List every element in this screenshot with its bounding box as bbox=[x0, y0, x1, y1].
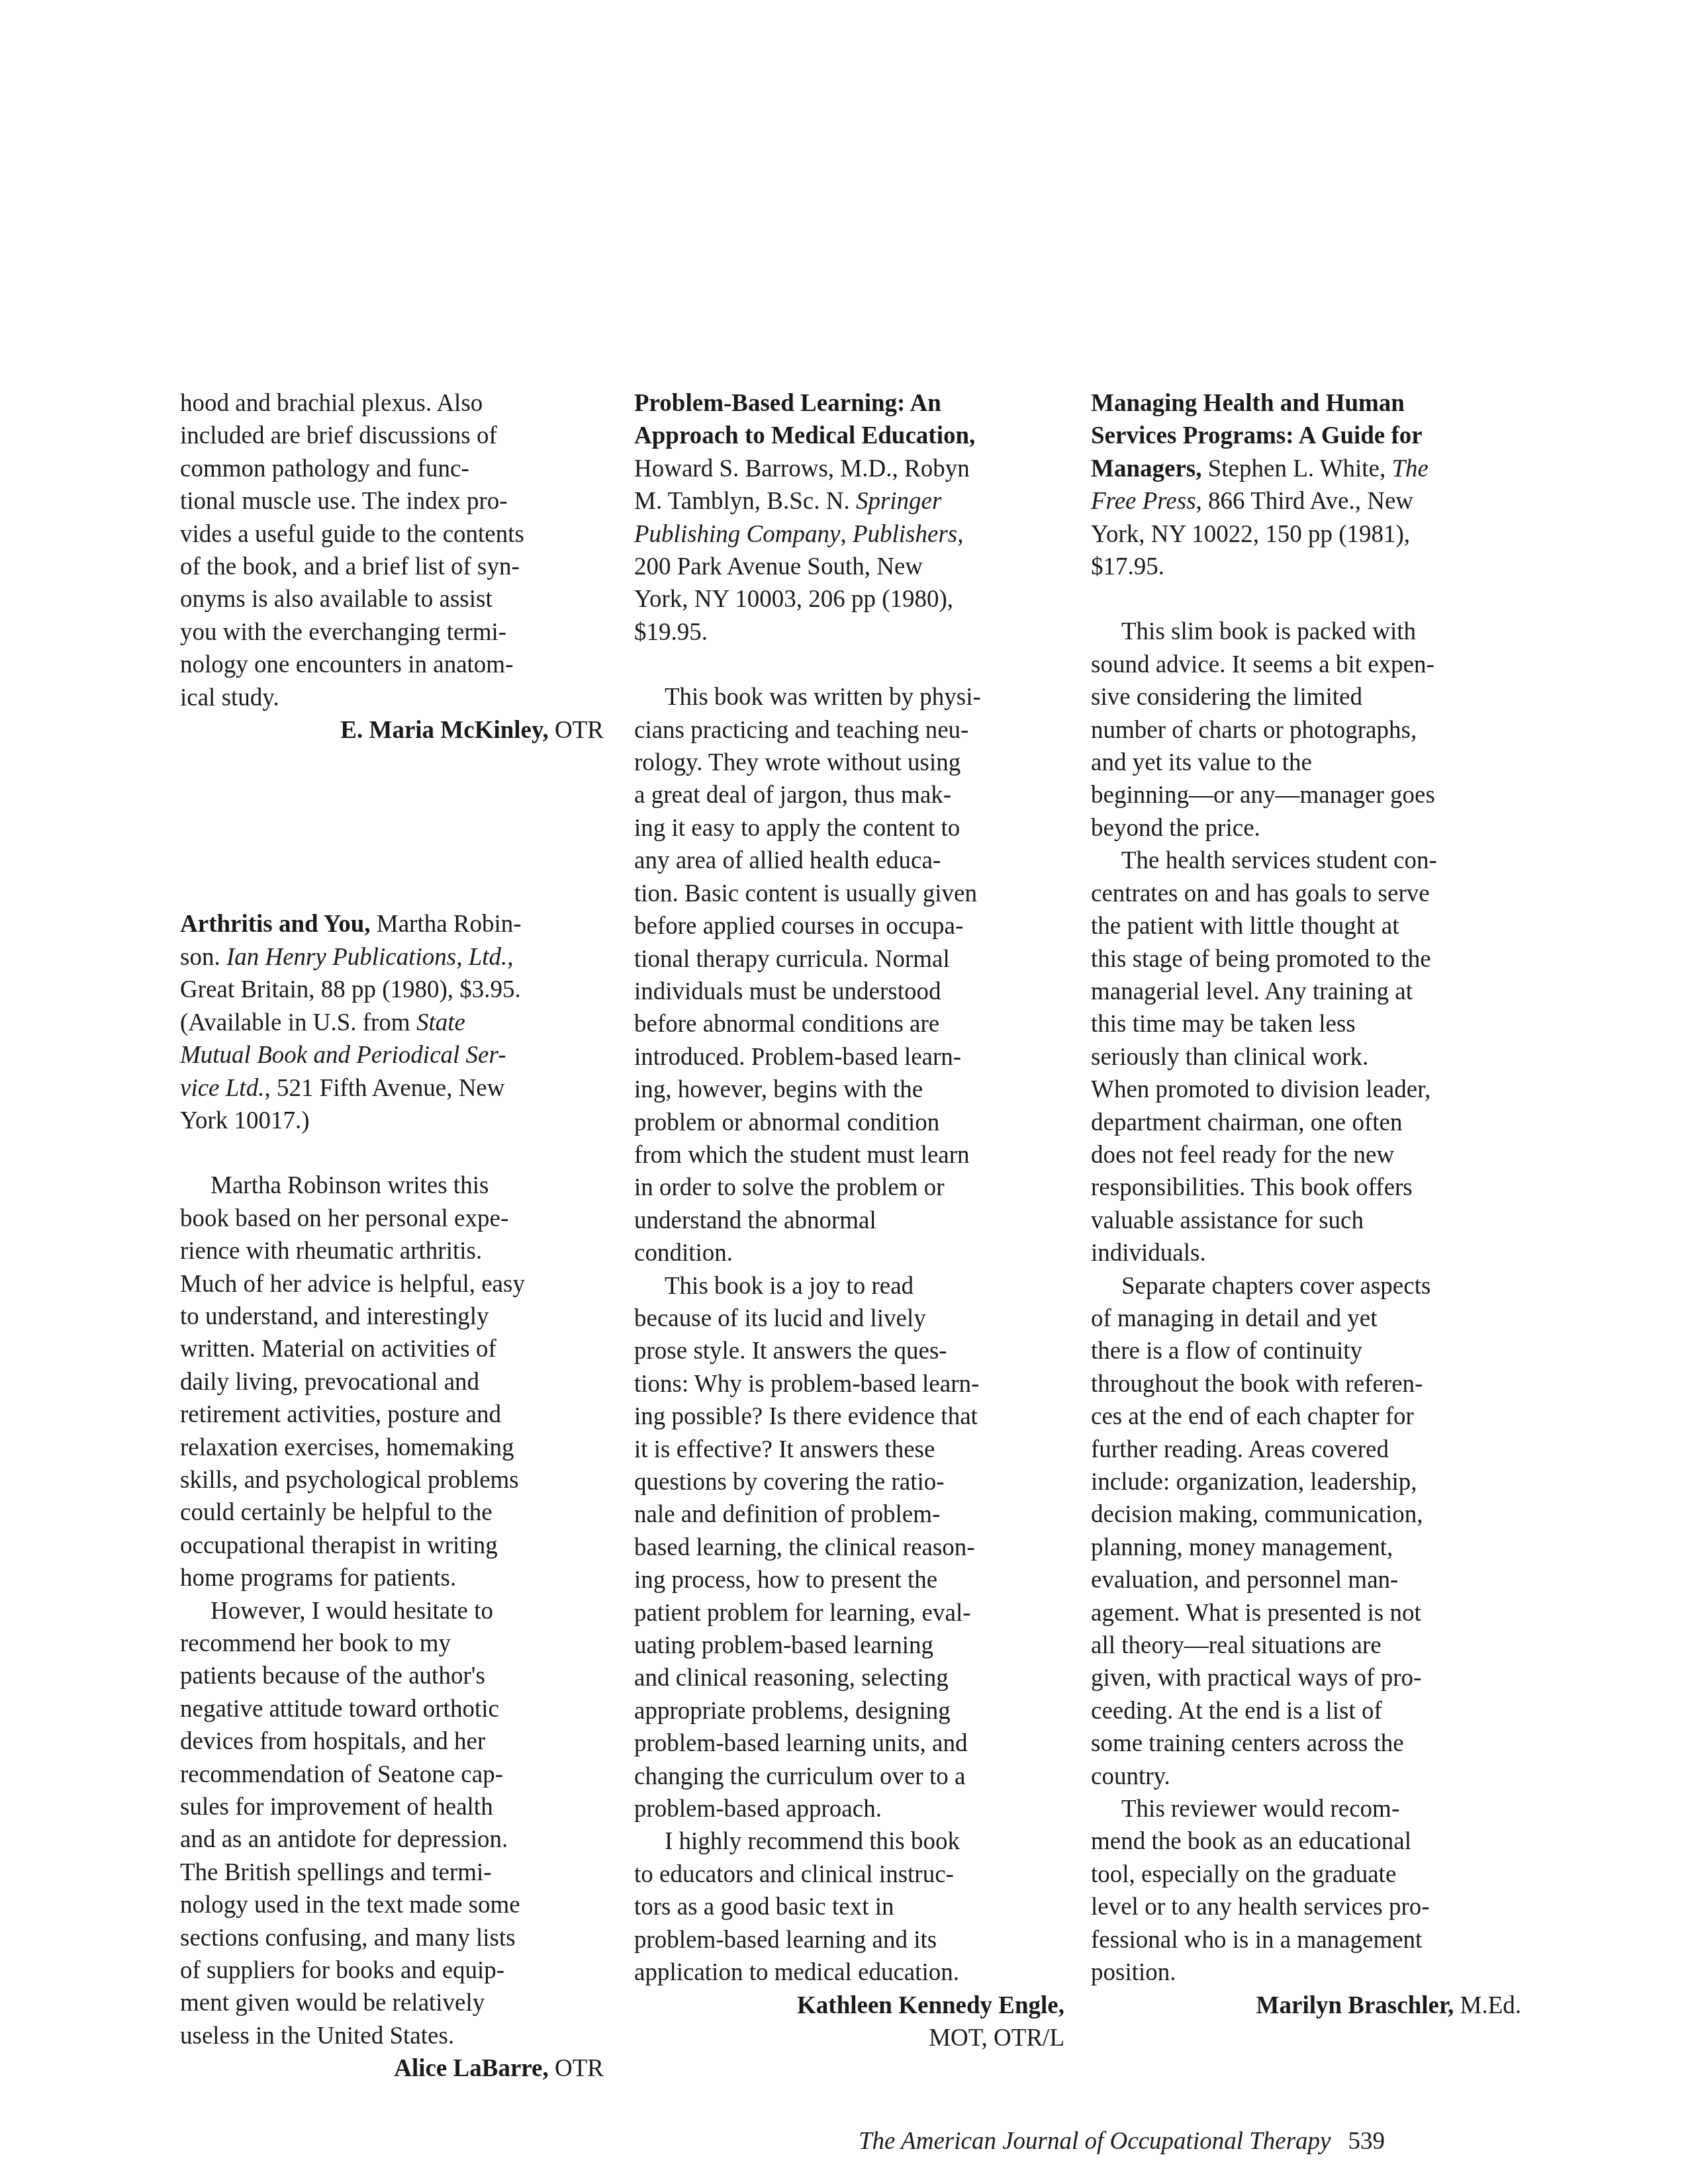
text-line: include: organization, leadership, bbox=[1091, 1466, 1521, 1498]
text-line: sound advice. It seems a bit expen- bbox=[1091, 649, 1521, 681]
text-line: tool, especially on the graduate bbox=[1091, 1858, 1521, 1891]
text-line: patient problem for learning, eval- bbox=[634, 1597, 1064, 1629]
publisher-name: Publishers bbox=[853, 521, 957, 548]
text-line: of suppliers for books and equip- bbox=[180, 1954, 604, 1987]
text-line: introduced. Problem-based learn- bbox=[634, 1041, 1064, 1073]
citation-text: M. Tamblyn, B.Sc. N. bbox=[634, 488, 856, 515]
citation-text: York, NY 10022, 150 pp (1981), bbox=[1091, 518, 1521, 551]
text-line: ical study. bbox=[180, 682, 604, 714]
text-line: When promoted to division leader, bbox=[1091, 1073, 1521, 1106]
publisher-name: Free Press bbox=[1091, 488, 1196, 515]
text-line: questions by covering the ratio- bbox=[634, 1466, 1064, 1498]
book-title: Arthritis and You, bbox=[180, 911, 370, 938]
citation-text: Martha Robin- bbox=[370, 911, 521, 938]
text-line: understand the abnormal bbox=[634, 1205, 1064, 1237]
text-line: tions: Why is problem-based learn- bbox=[634, 1368, 1064, 1400]
text-line: ing process, how to present the bbox=[634, 1564, 1064, 1596]
citation-text: York 10017.) bbox=[180, 1105, 604, 1137]
citation-text: (Available in U.S. from bbox=[180, 1009, 416, 1036]
text-line: level or to any health services pro- bbox=[1091, 1891, 1521, 1923]
citation-text: , 866 Third Ave., New bbox=[1196, 488, 1414, 515]
text-line: relaxation exercises, homemaking bbox=[180, 1432, 604, 1464]
reviewer-signature: E. Maria McKinley, OTR bbox=[180, 714, 604, 747]
text-line: book based on her personal expe- bbox=[180, 1203, 604, 1235]
text-line: fessional who is in a management bbox=[1091, 1924, 1521, 1956]
text-line: all theory—real situations are bbox=[1091, 1629, 1521, 1662]
text-line: prose style. It answers the ques- bbox=[634, 1335, 1064, 1367]
text-line: this time may be taken less bbox=[1091, 1008, 1521, 1040]
reviewer-credentials: OTR bbox=[549, 717, 604, 744]
text-line: ing it easy to apply the content to bbox=[634, 812, 1064, 844]
distributor-name: vice Ltd. bbox=[180, 1075, 264, 1102]
text-line: This book is a joy to read bbox=[634, 1270, 1064, 1302]
text-line: beyond the price. bbox=[1091, 812, 1521, 844]
reviewer-signature: Marilyn Braschler, M.Ed. bbox=[1091, 1989, 1521, 2022]
text-line: This reviewer would recom- bbox=[1091, 1793, 1521, 1825]
text-line: Martha Robinson writes this bbox=[180, 1169, 604, 1202]
text-line: because of its lucid and lively bbox=[634, 1302, 1064, 1335]
text-line: nale and definition of problem- bbox=[634, 1498, 1064, 1531]
text-line: to understand, and interestingly bbox=[180, 1300, 604, 1333]
text-line: seriously than clinical work. bbox=[1091, 1041, 1521, 1073]
text-line: problem or abnormal condition bbox=[634, 1107, 1064, 1139]
text-line: rology. They wrote without using bbox=[634, 747, 1064, 779]
text-line: ing, however, begins with the bbox=[634, 1073, 1064, 1106]
text-line: individuals. bbox=[1091, 1237, 1521, 1269]
text-line: appropriate problems, designing bbox=[634, 1695, 1064, 1727]
text-line: ing possible? Is there evidence that bbox=[634, 1400, 1064, 1433]
continued-review-text: hood and brachial plexus. Also included … bbox=[180, 387, 604, 714]
citation-text: , bbox=[840, 521, 853, 548]
publisher-name: Springer bbox=[856, 488, 942, 515]
text-line: recommend her book to my bbox=[180, 1627, 604, 1660]
text-line: ment given would be relatively bbox=[180, 1987, 604, 2019]
citation-text: Great Britain, 88 pp (1980), $3.95. bbox=[180, 974, 604, 1006]
distributor-name: Mutual Book and Periodical Ser- bbox=[180, 1039, 604, 1071]
text-line: problem-based learning units, and bbox=[634, 1727, 1064, 1760]
text-line: given, with practical ways of pro- bbox=[1091, 1662, 1521, 1694]
text-line: could certainly be helpful to the bbox=[180, 1496, 604, 1529]
text-line: there is a flow of continuity bbox=[1091, 1335, 1521, 1367]
text-line: does not feel ready for the new bbox=[1091, 1139, 1521, 1171]
text-line: daily living, prevocational and bbox=[180, 1366, 604, 1398]
text-line: ces at the end of each chapter for bbox=[1091, 1400, 1521, 1433]
text-line: from which the student must learn bbox=[634, 1139, 1064, 1171]
text-line: decision making, communication, bbox=[1091, 1498, 1521, 1531]
text-line: centrates on and has goals to serve bbox=[1091, 878, 1521, 910]
text-line: throughout the book with referen- bbox=[1091, 1368, 1521, 1400]
text-line: it is effective? It answers these bbox=[634, 1433, 1064, 1466]
text-line: evaluation, and personnel man- bbox=[1091, 1564, 1521, 1596]
text-line: This book was written by physi- bbox=[634, 681, 1064, 713]
text-line: further reading. Areas covered bbox=[1091, 1433, 1521, 1466]
review-header-problem-based-learning: Problem-Based Learning: An Approach to M… bbox=[634, 387, 1064, 649]
text-line: common pathology and func- bbox=[180, 453, 604, 485]
text-line: I highly recommend this book bbox=[634, 1825, 1064, 1858]
middle-column: Problem-Based Learning: An Approach to M… bbox=[634, 387, 1064, 2054]
book-title: Managing Health and Human bbox=[1091, 387, 1521, 420]
text-line: tional therapy curricula. Normal bbox=[634, 943, 1064, 976]
text-line: skills, and psychological problems bbox=[180, 1464, 604, 1496]
text-line: this stage of being promoted to the bbox=[1091, 943, 1521, 976]
citation-text: , 521 Fifth Avenue, New bbox=[264, 1075, 504, 1102]
text-line: department chairman, one often bbox=[1091, 1107, 1521, 1139]
citation-text: , bbox=[957, 521, 963, 548]
text-line: based learning, the clinical reason- bbox=[634, 1531, 1064, 1564]
left-column: hood and brachial plexus. Also included … bbox=[180, 387, 604, 2085]
text-line: useless in the United States. bbox=[180, 2020, 604, 2052]
journal-title: The American Journal of Occupational The… bbox=[859, 2128, 1331, 2155]
right-column: Managing Health and Human Services Progr… bbox=[1091, 387, 1521, 2022]
text-line: Much of her advice is helpful, easy bbox=[180, 1268, 604, 1300]
text-line: to educators and clinical instruc- bbox=[634, 1858, 1064, 1891]
text-line: uating problem-based learning bbox=[634, 1629, 1064, 1662]
text-line: application to medical education. bbox=[634, 1956, 1064, 1989]
publisher-name: The bbox=[1392, 455, 1429, 482]
text-line: included are brief discussions of bbox=[180, 420, 604, 452]
review-body: This book was written by physi- cians pr… bbox=[634, 681, 1064, 1989]
text-line: cians practicing and teaching neu- bbox=[634, 714, 1064, 747]
text-line: retirement activities, posture and bbox=[180, 1398, 604, 1431]
text-line: nology one encounters in anatom- bbox=[180, 649, 604, 681]
review-body: This slim book is packed with sound advi… bbox=[1091, 615, 1521, 1989]
text-line: condition. bbox=[634, 1237, 1064, 1269]
reviewer-credentials: MOT, OTR/L bbox=[634, 2022, 1064, 2054]
reviewer-name: Marilyn Braschler, bbox=[1256, 1992, 1454, 2019]
text-line: rience with rheumatic arthritis. bbox=[180, 1235, 604, 1267]
text-line: and yet its value to the bbox=[1091, 747, 1521, 779]
citation-text: York, NY 10003, 206 pp (1980), bbox=[634, 583, 1064, 615]
text-line: patients because of the author's bbox=[180, 1660, 604, 1692]
reviewer-name: E. Maria McKinley, bbox=[340, 717, 548, 744]
page-number: 539 bbox=[1348, 2128, 1385, 2155]
text-line: tional muscle use. The index pro- bbox=[180, 485, 604, 518]
text-line: problem-based learning and its bbox=[634, 1924, 1064, 1956]
text-line: and as an antidote for depression. bbox=[180, 1823, 604, 1856]
text-line: beginning—or any—manager goes bbox=[1091, 779, 1521, 811]
text-line: onyms is also available to assist bbox=[180, 583, 604, 615]
citation-text: Stephen L. White, bbox=[1202, 455, 1392, 482]
text-line: country. bbox=[1091, 1760, 1521, 1793]
text-line: However, I would hesitate to bbox=[180, 1595, 604, 1627]
text-line: any area of allied health educa- bbox=[634, 844, 1064, 877]
text-line: vides a useful guide to the contents bbox=[180, 518, 604, 551]
text-line: number of charts or photographs, bbox=[1091, 714, 1521, 747]
text-line: individuals must be understood bbox=[634, 976, 1064, 1008]
text-line: before applied courses in occupa- bbox=[634, 910, 1064, 942]
text-line: in order to solve the problem or bbox=[634, 1171, 1064, 1204]
text-line: written. Material on activities of bbox=[180, 1333, 604, 1365]
text-line: and clinical reasoning, selecting bbox=[634, 1662, 1064, 1694]
book-title: Problem-Based Learning: An bbox=[634, 387, 1064, 420]
review-header-managing-health: Managing Health and Human Services Progr… bbox=[1091, 387, 1521, 583]
text-line: changing the curriculum over to a bbox=[634, 1760, 1064, 1793]
review-body: Martha Robinson writes this book based o… bbox=[180, 1169, 604, 2052]
text-line: recommendation of Seatone cap- bbox=[180, 1758, 604, 1791]
text-line: sections confusing, and many lists bbox=[180, 1922, 604, 1954]
text-line: valuable assistance for such bbox=[1091, 1205, 1521, 1237]
publisher-name: Publishing Company bbox=[634, 521, 840, 548]
text-line: negative attitude toward orthotic bbox=[180, 1693, 604, 1725]
page-footer: The American Journal of Occupational The… bbox=[859, 2127, 1385, 2156]
reviewer-credentials: OTR bbox=[549, 2055, 604, 2082]
text-line: managerial level. Any training at bbox=[1091, 976, 1521, 1008]
text-line: before abnormal conditions are bbox=[634, 1008, 1064, 1040]
text-line: home programs for patients. bbox=[180, 1562, 604, 1594]
text-line: agement. What is presented is not bbox=[1091, 1597, 1521, 1629]
text-line: you with the everchanging termi- bbox=[180, 616, 604, 649]
distributor-name: State bbox=[416, 1009, 465, 1036]
text-line: responsibilities. This book offers bbox=[1091, 1171, 1521, 1204]
text-line: some training centers across the bbox=[1091, 1727, 1521, 1760]
reviewer-signature: Alice LaBarre, OTR bbox=[180, 2052, 604, 2085]
citation-text: son. bbox=[180, 944, 226, 971]
book-price: $17.95. bbox=[1091, 551, 1521, 583]
text-line: devices from hospitals, and her bbox=[180, 1725, 604, 1758]
text-line: The British spellings and termi- bbox=[180, 1856, 604, 1889]
text-line: occupational therapist in writing bbox=[180, 1529, 604, 1562]
text-line: sive considering the limited bbox=[1091, 681, 1521, 713]
review-header-arthritis: Arthritis and You, Martha Robin- son. Ia… bbox=[180, 908, 604, 1137]
text-line: ceeding. At the end is a list of bbox=[1091, 1695, 1521, 1727]
text-line: problem-based approach. bbox=[634, 1793, 1064, 1825]
reviewer-name: Kathleen Kennedy Engle, bbox=[634, 1989, 1064, 2022]
book-title: Managers, bbox=[1091, 455, 1202, 482]
text-line: Separate chapters cover aspects bbox=[1091, 1270, 1521, 1302]
publisher-name: Ian Henry Publications, Ltd. bbox=[226, 944, 507, 971]
text-line: The health services student con- bbox=[1091, 844, 1521, 877]
book-title: Services Programs: A Guide for bbox=[1091, 420, 1521, 452]
text-line: mend the book as an educational bbox=[1091, 1825, 1521, 1858]
citation-text: , bbox=[507, 944, 513, 971]
text-line: of the book, and a brief list of syn- bbox=[180, 551, 604, 583]
text-line: position. bbox=[1091, 1956, 1521, 1989]
book-price: $19.95. bbox=[634, 616, 1064, 649]
text-line: tion. Basic content is usually given bbox=[634, 878, 1064, 910]
citation-text: 200 Park Avenue South, New bbox=[634, 551, 1064, 583]
citation-text: Howard S. Barrows, M.D., Robyn bbox=[634, 453, 1064, 485]
reviewer-credentials: M.Ed. bbox=[1454, 1992, 1521, 2019]
text-line: nology used in the text made some bbox=[180, 1889, 604, 1921]
text-line: planning, money management, bbox=[1091, 1531, 1521, 1564]
text-line: sules for improvement of health bbox=[180, 1791, 604, 1823]
reviewer-name: Alice LaBarre, bbox=[394, 2055, 549, 2082]
text-line: tors as a good basic text in bbox=[634, 1891, 1064, 1923]
text-line: hood and brachial plexus. Also bbox=[180, 387, 604, 420]
book-title: Approach to Medical Education, bbox=[634, 420, 1064, 452]
text-line: of managing in detail and yet bbox=[1091, 1302, 1521, 1335]
text-line: This slim book is packed with bbox=[1091, 615, 1521, 648]
text-line: the patient with little thought at bbox=[1091, 910, 1521, 942]
text-line: a great deal of jargon, thus mak- bbox=[634, 779, 1064, 811]
